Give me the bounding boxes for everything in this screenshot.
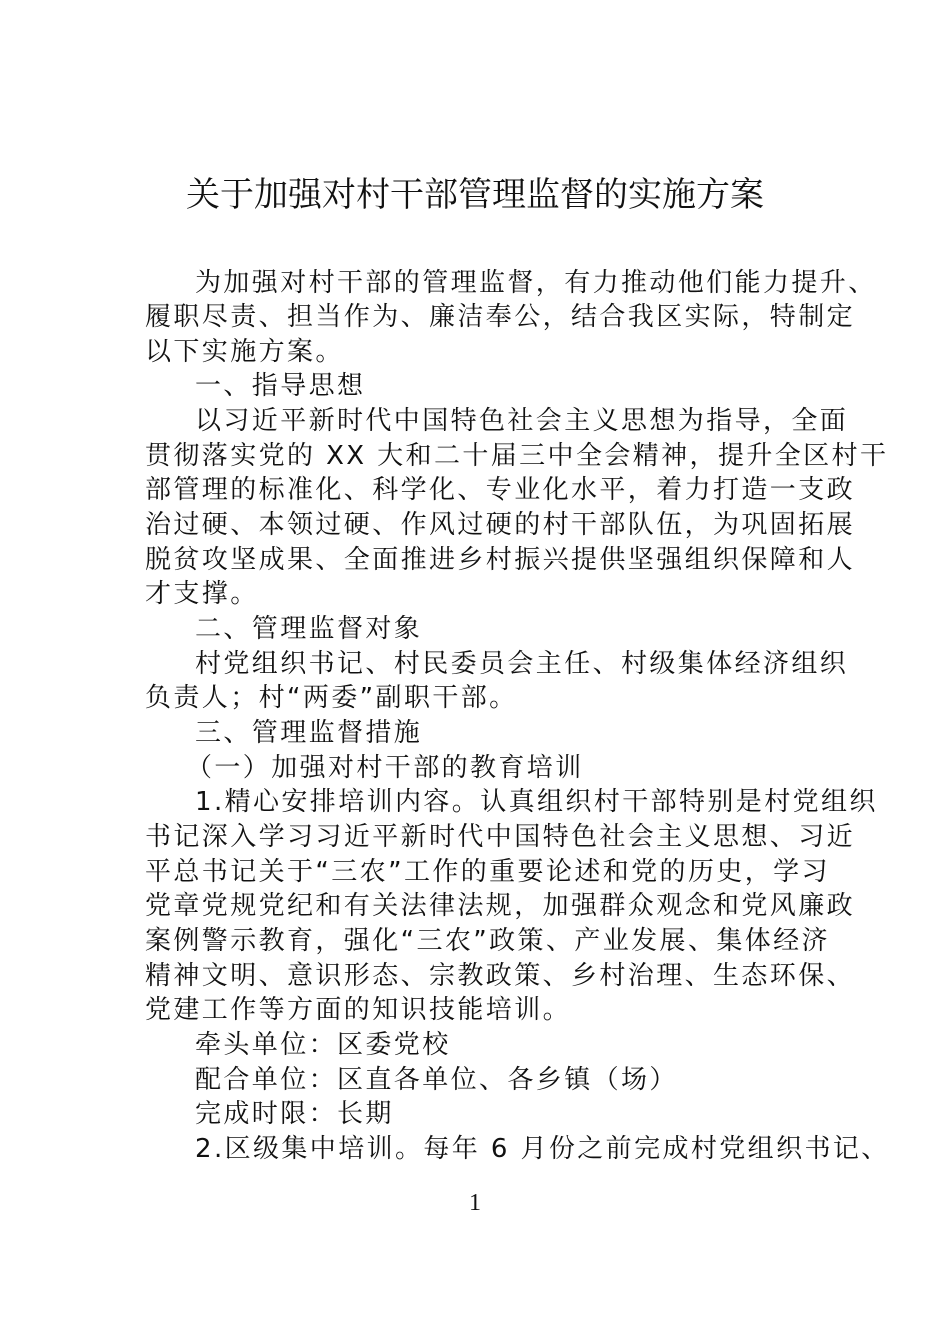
paragraph-line: 以下实施方案。: [145, 335, 344, 369]
paragraph-line: 负责人；村“两委”副职干部。: [145, 681, 518, 715]
paragraph-line: 党建工作等方面的知识技能培训。: [145, 993, 571, 1027]
paragraph-line: 1.精心安排培训内容。认真组织村干部特别是村党组织: [195, 785, 878, 819]
document-title: 关于加强对村干部管理监督的实施方案: [0, 172, 950, 218]
paragraph-line: 治过硬、本领过硬、作风过硬的村干部队伍，为巩固拓展: [145, 508, 855, 542]
section-heading-1: 一、指导思想: [195, 369, 365, 403]
section-heading-3: 三、管理监督措施: [195, 716, 422, 750]
paragraph-line: 部管理的标准化、科学化、专业化水平，着力打造一支政: [145, 473, 855, 507]
paragraph-line: 党章党规党纪和有关法律法规，加强群众观念和党风廉政: [145, 889, 855, 923]
paragraph-line: 平总书记关于“三农”工作的重要论述和党的历史，学习: [145, 855, 830, 889]
section-heading-2: 二、管理监督对象: [195, 612, 422, 646]
document-page: 关于加强对村干部管理监督的实施方案 为加强对村干部的管理监督，有力推动他们能力提…: [0, 0, 950, 1344]
paragraph-line: 履职尽责、担当作为、廉洁奉公，结合我区实际，特制定: [145, 300, 855, 334]
paragraph-line: 才支撑。: [145, 577, 259, 611]
page-number: 1: [0, 1188, 950, 1218]
lead-unit-line: 牵头单位：区委党校: [195, 1028, 451, 1062]
paragraph-line: 书记深入学习习近平新时代中国特色社会主义思想、习近: [145, 820, 855, 854]
paragraph-line: 2.区级集中培训。每年 6 月份之前完成村党组织书记、: [195, 1132, 890, 1166]
cooperating-units-line: 配合单位：区直各单位、各乡镇（场）: [195, 1063, 678, 1097]
subsection-heading-1: （一）加强对村干部的教育培训: [186, 751, 584, 785]
paragraph-line: 精神文明、意识形态、宗教政策、乡村治理、生态环保、: [145, 959, 855, 993]
paragraph-line: 为加强对村干部的管理监督，有力推动他们能力提升、: [195, 266, 877, 300]
paragraph-line: 贯彻落实党的 XX 大和二十届三中全会精神，提升全区村干: [145, 439, 888, 473]
deadline-line: 完成时限：长期: [195, 1097, 394, 1131]
paragraph-line: 脱贫攻坚成果、全面推进乡村振兴提供坚强组织保障和人: [145, 543, 855, 577]
paragraph-line: 以习近平新时代中国特色社会主义思想为指导，全面: [195, 404, 848, 438]
paragraph-line: 案例警示教育，强化“三农”政策、产业发展、集体经济: [145, 924, 830, 958]
paragraph-line: 村党组织书记、村民委员会主任、村级集体经济组织: [195, 647, 848, 681]
